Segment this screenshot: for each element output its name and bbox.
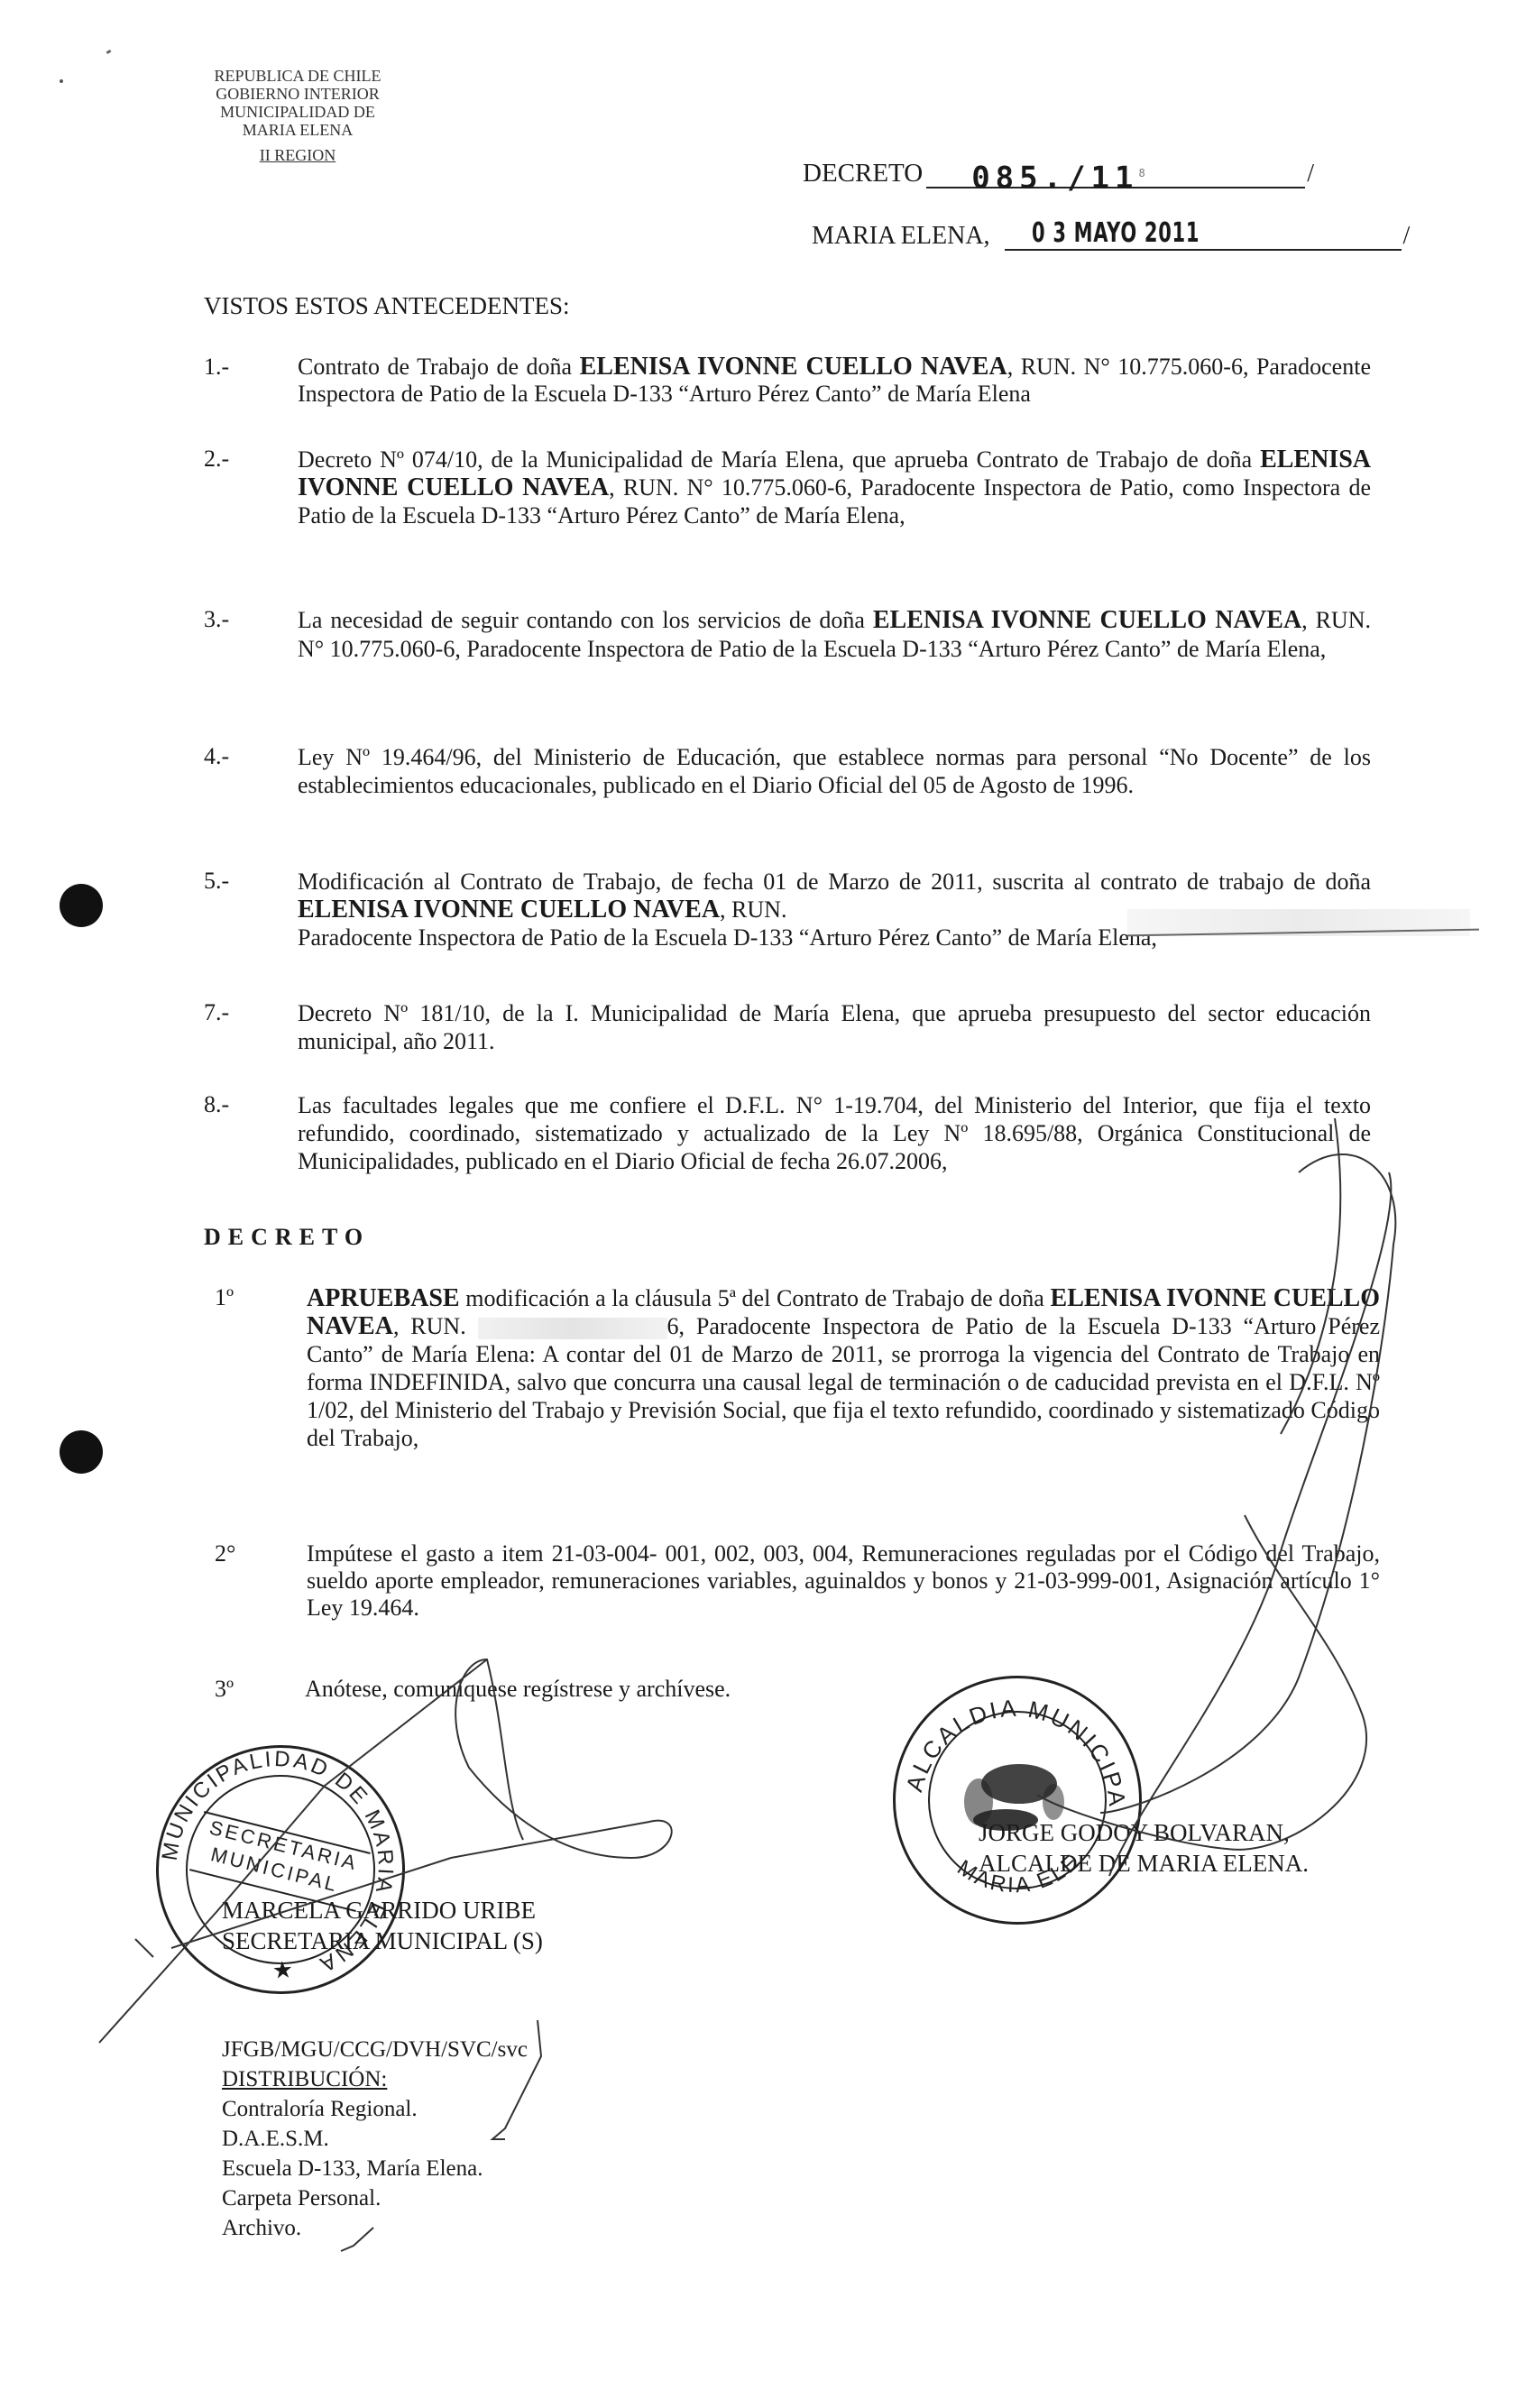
antecedent-item: 3.- La necesidad de seguir contando con …: [204, 606, 1376, 664]
decree-number-line: DECRETO 085./118 /: [803, 158, 1314, 188]
right-signatory-name: JORGE GODOY BOLVARAN,: [979, 1818, 1290, 1847]
distribution-title: DISTRIBUCIÓN:: [222, 2064, 528, 2094]
antecedent-item: 7.- Decreto Nº 181/10, de la I. Municipa…: [204, 999, 1376, 1055]
letterhead: REPUBLICA DE CHILE GOBIERNO INTERIOR MUN…: [180, 67, 415, 164]
punch-hole: [60, 1430, 103, 1474]
distribution-block: JFGB/MGU/CCG/DVH/SVC/svc DISTRIBUCIÓN: C…: [222, 2035, 528, 2243]
initials-reference: JFGB/MGU/CCG/DVH/SVC/svc: [222, 2035, 528, 2064]
decreto-heading: DECRETO: [204, 1224, 370, 1251]
distribution-item: Contraloría Regional.: [222, 2094, 528, 2124]
distribution-item: D.A.E.S.M.: [222, 2124, 528, 2154]
person-name: ELENISA IVONNE CUELLO NAVEA: [298, 896, 720, 924]
scan-mark: [106, 50, 112, 54]
person-name: ELENISA IVONNE CUELLO NAVEA: [580, 353, 1007, 381]
left-signatory-title: SECRETARIA MUNICIPAL (S): [222, 1926, 543, 1955]
stamp-ring-text: ALCALDIA MUNICIPAL MARIA ELENA: [893, 1676, 1136, 1919]
ordinance-item: 3º Anótese, comuníquese regístrese y arc…: [215, 1676, 1387, 1703]
scan-mark: [60, 79, 63, 83]
ordinance-item: 1º APRUEBASE modificación a la cláusula …: [215, 1284, 1387, 1452]
distribution-item: Carpeta Personal.: [222, 2183, 528, 2213]
left-signatory-name: MARCELA GARRIDO URIBE: [222, 1896, 536, 1925]
antecedent-item: 8.- Las facultades legales que me confie…: [204, 1091, 1376, 1175]
decree-date-line: MARIA ELENA, 0 3 MAYO 2011 /: [812, 216, 1410, 251]
letterhead-line: MUNICIPALIDAD DE: [180, 103, 415, 121]
antecedent-item: 4.- Ley Nº 19.464/96, del Ministerio de …: [204, 743, 1376, 799]
star-icon: ★: [271, 1956, 294, 1985]
person-name: ELENISA IVONNE CUELLO NAVEA: [873, 606, 1301, 634]
alcaldia-stamp: ALCALDIA MUNICIPAL MARIA ELENA: [893, 1676, 1142, 1925]
letterhead-line: GOBIERNO INTERIOR: [180, 85, 415, 103]
antecedent-item: 1.- Contrato de Trabajo de doña ELENISA …: [204, 354, 1376, 408]
letterhead-region: II REGION: [260, 146, 336, 164]
letterhead-line: REPUBLICA DE CHILE: [180, 67, 415, 85]
redacted-run: [478, 1318, 667, 1339]
decree-number: 085./118: [926, 158, 1305, 188]
place-label: MARIA ELENA,: [812, 222, 990, 251]
decree-date: 0 3 MAYO 2011: [1005, 216, 1402, 251]
distribution-item: Archivo.: [222, 2213, 528, 2243]
punch-hole: [60, 884, 103, 927]
distribution-item: Escuela D-133, María Elena.: [222, 2154, 528, 2183]
right-signatory-title: ALCALDE DE MARIA ELENA.: [979, 1849, 1309, 1878]
antecedent-item: 2.- Decreto Nº 074/10, de la Municipalid…: [204, 446, 1376, 529]
secretaria-stamp: MUNICIPALIDAD DE MARIA ELENA SECRETARIA …: [148, 1737, 414, 2003]
decree-label: DECRETO: [803, 159, 923, 188]
letterhead-line: MARIA ELENA: [180, 121, 415, 139]
vistos-heading: VISTOS ESTOS ANTECEDENTES:: [204, 292, 570, 320]
alcalde-signature-stroke: [1100, 1154, 1395, 1813]
ordinance-item: 2° Impútese el gasto a item 21-03-004- 0…: [215, 1540, 1387, 1622]
